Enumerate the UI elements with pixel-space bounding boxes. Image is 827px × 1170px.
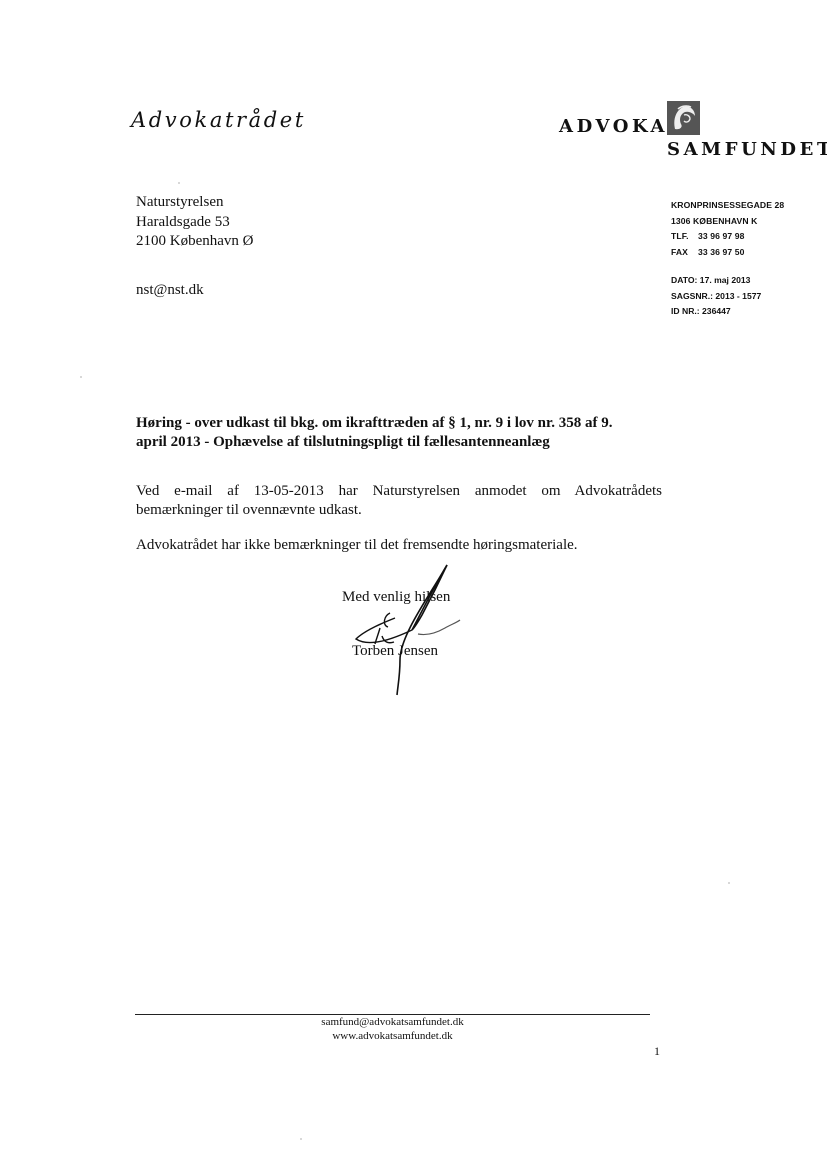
recipient-city: 2100 København Ø	[136, 232, 253, 252]
sender-phone: TLF.33 96 97 98	[671, 229, 784, 245]
fax-label: FAX	[671, 245, 698, 261]
scan-speck	[178, 182, 180, 184]
letter-metadata: DATO: 17. maj 2013 SAGSNR.: 2013 - 1577 …	[671, 273, 761, 320]
helmeted-head-icon	[667, 101, 700, 135]
logo-text-advokat: ADVOKAT	[559, 116, 684, 137]
advokatraadet-heading: Advokatrådet	[131, 108, 306, 132]
footer-email: samfund@advokatsamfundet.dk	[135, 1016, 650, 1030]
subject-line-2: april 2013 - Ophævelse af tilslutningspl…	[136, 433, 676, 452]
sender-city: 1306 KØBENHAVN K	[671, 214, 784, 230]
recipient-street: Haraldsgade 53	[136, 213, 253, 233]
fax-value: 33 36 97 50	[698, 247, 745, 257]
letter-date: DATO: 17. maj 2013	[671, 273, 761, 289]
recipient-address: Naturstyrelsen Haraldsgade 53 2100 Køben…	[136, 193, 253, 252]
letter-subject: Høring - over udkast til bkg. om ikraftt…	[136, 414, 676, 452]
recipient-email: nst@nst.dk	[136, 282, 204, 299]
footer-website: www.advokatsamfundet.dk	[135, 1030, 650, 1044]
recipient-name: Naturstyrelsen	[136, 193, 253, 213]
page-number: 1	[654, 1044, 660, 1059]
phone-label: TLF.	[671, 229, 698, 245]
phone-value: 33 96 97 98	[698, 231, 745, 241]
scan-speck	[300, 1138, 302, 1140]
case-number: SAGSNR.: 2013 - 1577	[671, 289, 761, 305]
sender-address: KRONPRINSESSEGADE 28 1306 KØBENHAVN K TL…	[671, 198, 784, 260]
body-paragraph-2: Advokatrådet har ikke bemærkninger til d…	[136, 537, 578, 554]
subject-line-1: Høring - over udkast til bkg. om ikraftt…	[136, 414, 676, 433]
logo-text-samfundet: SAMFUNDET	[667, 139, 827, 160]
body-paragraph-1: Ved e-mail af 13-05-2013 har Naturstyrel…	[136, 482, 662, 520]
sender-fax: FAX33 36 97 50	[671, 245, 784, 261]
scan-speck	[80, 376, 82, 378]
paragraph-1-line-1: Ved e-mail af 13-05-2013 har Naturstyrel…	[136, 482, 662, 501]
scan-speck	[728, 882, 730, 884]
handwritten-signature	[330, 560, 480, 705]
id-number: ID NR.: 236447	[671, 304, 761, 320]
footer-contact: samfund@advokatsamfundet.dk www.advokats…	[135, 1016, 650, 1043]
sender-street: KRONPRINSESSEGADE 28	[671, 198, 784, 214]
footer-divider	[135, 1014, 650, 1015]
paragraph-1-line-2: bemærkninger til ovennævnte udkast.	[136, 502, 362, 518]
